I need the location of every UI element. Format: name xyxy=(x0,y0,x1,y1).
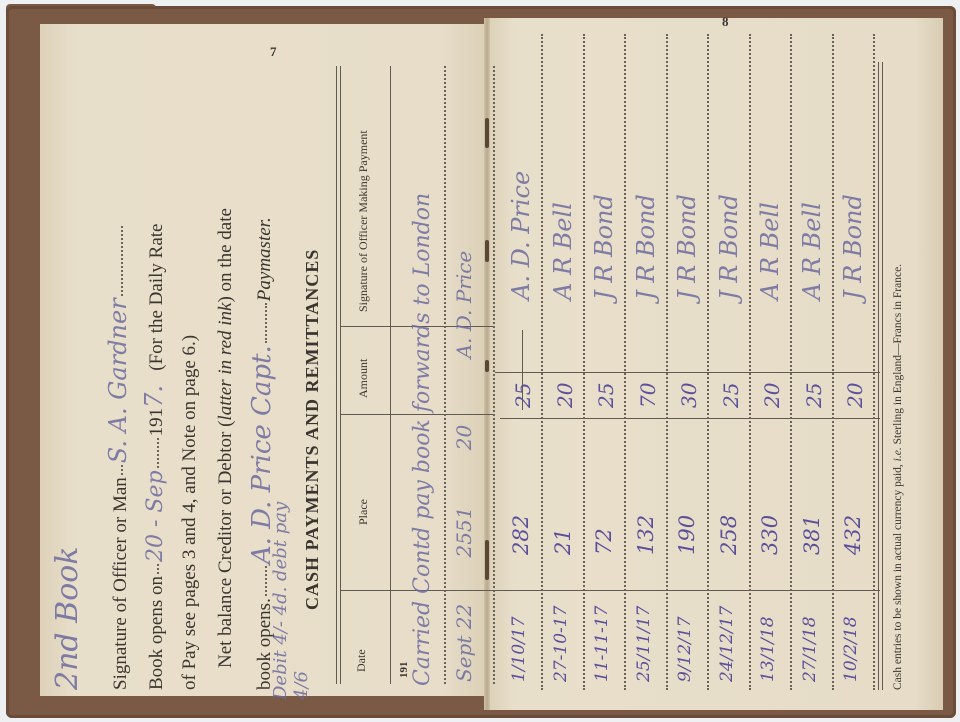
row-amount: 25 xyxy=(511,383,535,408)
row-amount: 20 xyxy=(452,425,476,450)
row-place: 190 xyxy=(675,515,699,555)
row-rule xyxy=(873,34,875,690)
column-divider-place-amount xyxy=(500,418,880,419)
row-signature: A R Bell xyxy=(798,202,826,300)
row-date: Carried xyxy=(410,601,435,686)
signature-line: Signature of Officer or ManS. A. Gardner xyxy=(100,50,136,690)
row-amount: 25 xyxy=(802,383,826,408)
row-amount: 30 xyxy=(677,383,701,408)
row-date: 11-11-17 xyxy=(592,606,612,682)
row-date: 27-10-17 xyxy=(551,606,571,682)
net-balance-text: Net balance Creditor or Debtor ( xyxy=(215,421,236,668)
row-amount: 20 xyxy=(843,383,867,408)
book-opens-label: Book opens on xyxy=(146,576,167,690)
book-opens-date: 20 - Sep xyxy=(143,470,168,562)
row-date: 13/1/18 xyxy=(758,616,778,682)
column-header-date-text: Date xyxy=(354,649,368,672)
row-date: 1/10/17 xyxy=(509,616,529,682)
row-place: 282 xyxy=(509,515,533,555)
net-balance-text-end: ) on the date xyxy=(215,208,236,302)
red-ink-note: latter in red ink xyxy=(215,303,236,421)
footer-note: Cash entries to be shown in actual curre… xyxy=(892,50,904,690)
binding-stitch xyxy=(485,360,489,372)
table-row-carried-forward: Carried Contd pay book forwards to Londo… xyxy=(410,126,435,686)
row-place: 21 xyxy=(551,528,575,555)
row-place: 72 xyxy=(592,528,616,555)
column-header-place: Place xyxy=(356,445,371,525)
row-rule xyxy=(749,34,751,690)
signature-label: Signature of Officer or Man xyxy=(110,477,131,690)
column-header-signature: Signature of Officer Making Payment xyxy=(356,52,371,312)
row-amount: 20 xyxy=(760,383,784,408)
row-rule xyxy=(624,34,626,690)
row-signature: J R Bond xyxy=(590,194,618,300)
book-opens-year-suffix: 7. xyxy=(140,385,168,408)
row-signature: J R Bond xyxy=(715,194,743,300)
row-place: 330 xyxy=(758,515,782,555)
row-place: 258 xyxy=(717,515,741,555)
row-amount: 25 xyxy=(594,383,618,408)
row-place: 381 xyxy=(800,515,824,555)
daily-rate-note: (For the Daily Rate xyxy=(146,224,167,371)
page-number-right: 8 xyxy=(722,14,729,30)
table-header-divider xyxy=(390,66,391,684)
row-amount: 25 xyxy=(719,383,743,408)
row-rule xyxy=(583,34,585,690)
paymaster-label: Paymaster. xyxy=(254,217,275,301)
column-divider-date-place xyxy=(495,590,880,591)
table-border-right xyxy=(878,62,879,690)
row-rule xyxy=(790,34,792,690)
footer-note-ie: i.e. xyxy=(892,447,904,461)
row-rule xyxy=(832,34,834,690)
row-amount: 20 xyxy=(553,383,577,408)
row-date: 24/12/17 xyxy=(717,606,737,682)
binding-stitch xyxy=(485,118,489,148)
row-signature: J R Bond xyxy=(673,194,701,300)
footer-note-text: Cash entries to be shown in actual curre… xyxy=(892,461,904,690)
section-title-text: CASH PAYMENTS AND REMITTANCES xyxy=(302,249,322,610)
column-header-date: Date xyxy=(354,592,369,672)
column-header-place-text: Place xyxy=(356,499,370,525)
column-header-amount: Amount xyxy=(356,318,371,398)
table-border-right xyxy=(882,62,883,690)
column-header-signature-text: Signature of Officer Making Payment xyxy=(356,130,370,312)
row-rule xyxy=(444,66,446,684)
row-rule xyxy=(493,66,495,684)
handwritten-margin-note: 2nd Book xyxy=(50,430,85,690)
row-date: 25/11/17 xyxy=(634,606,654,682)
row-place: 432 xyxy=(841,515,865,555)
year-prefix: 191 xyxy=(398,638,410,678)
table-border-outer xyxy=(340,66,341,684)
section-title: CASH PAYMENTS AND REMITTANCES xyxy=(302,50,332,610)
row-rule xyxy=(707,34,709,690)
row-place: Contd pay book forwards to London xyxy=(410,193,435,594)
row-rule xyxy=(666,34,668,690)
binding-stitch xyxy=(485,240,489,262)
book-opens-year: 191 xyxy=(146,408,167,437)
column-divider-amount-signature xyxy=(495,372,880,373)
row-date: Sept 22 xyxy=(452,604,476,682)
column-header-amount-text: Amount xyxy=(356,359,370,398)
row-date: 10/2/18 xyxy=(841,616,861,682)
row-rule xyxy=(541,34,543,690)
table-row: Sept 22 2551 20 A. D. Price xyxy=(452,122,476,682)
row-signature: A. D. Price xyxy=(507,171,535,300)
signature-value: S. A. Gardner xyxy=(104,298,132,463)
net-balance-line: Net balance Creditor or Debtor (latter i… xyxy=(208,50,244,690)
row-date: 27/1/18 xyxy=(800,616,820,682)
row-signature: A. D. Price xyxy=(452,251,476,359)
row-amount: 70 xyxy=(636,383,660,408)
book-opens-line: Book opens on20 - Sep1917. (For the Dail… xyxy=(136,50,172,690)
row-date: 9/12/17 xyxy=(675,616,695,682)
row-signature: J R Bond xyxy=(632,194,660,300)
daily-rate-note-continued: of Pay see pages 3 and 4, and Note on pa… xyxy=(172,50,208,690)
row-place: 2551 xyxy=(452,507,476,558)
row-signature: A R Bell xyxy=(549,202,577,300)
binding-stitch xyxy=(485,540,489,580)
row-signature: J R Bond xyxy=(839,194,867,300)
row-place: 132 xyxy=(634,515,658,555)
table-border-outer xyxy=(336,66,337,684)
footer-note-text-end: Sterling in England—Francs in France. xyxy=(892,264,904,447)
row-signature: A R Bell xyxy=(756,202,784,300)
